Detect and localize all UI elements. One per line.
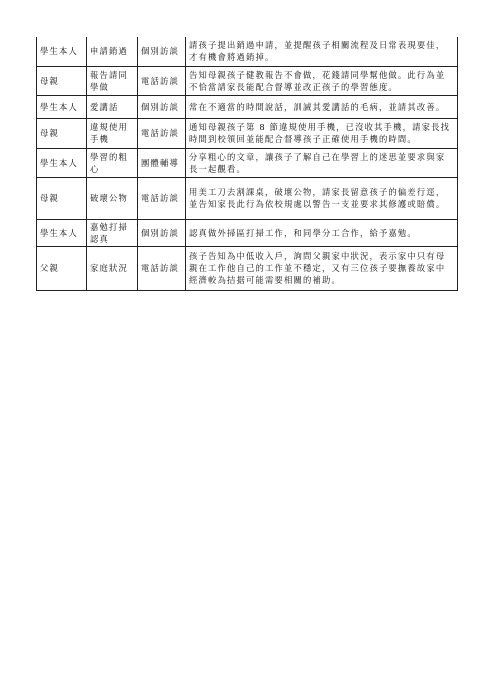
content-cell: 通知母親孩子第 8 節違規使用手機，已沒收其手機，請家長找時間到校領回並能配合督… <box>186 118 458 148</box>
method-cell: 電話訪談 <box>138 118 186 148</box>
topic-cell: 愛講話 <box>87 95 138 118</box>
table-row: 學生本人嘉勉打掃認真個別訪談認真做外掃區打掃工作，和同學分工合作，給予嘉勉。 <box>37 219 458 246</box>
method-cell: 個別訪談 <box>138 95 186 118</box>
method-cell: 電話訪談 <box>138 246 186 290</box>
content-cell: 認真做外掃區打掃工作，和同學分工合作，給予嘉勉。 <box>186 219 458 246</box>
subject-cell: 母親 <box>37 177 87 219</box>
table-row: 學生本人學習的粗心團體輔導分享粗心的文章，讓孩子了解自己在學習上的迷思並要求與家… <box>37 148 458 177</box>
method-cell: 團體輔導 <box>138 148 186 177</box>
topic-cell: 破壞公物 <box>87 177 138 219</box>
method-cell: 電話訪談 <box>138 177 186 219</box>
subject-cell: 學生本人 <box>37 95 87 118</box>
content-cell: 孩子告知為中低收入戶，詢問父親家中狀況，表示家中只有母親在工作他自己的工作並不穩… <box>186 246 458 290</box>
topic-cell: 學習的粗心 <box>87 148 138 177</box>
method-cell: 電話訪談 <box>138 66 186 95</box>
content-cell: 用美工刀去割課桌，破壞公物，請家長留意孩子的偏差行逕，並告知家長此行為依校規處以… <box>186 177 458 219</box>
topic-cell: 違規使用手機 <box>87 118 138 148</box>
table-row: 母親破壞公物電話訪談用美工刀去割課桌，破壞公物，請家長留意孩子的偏差行逕，並告知… <box>37 177 458 219</box>
table-row: 母親報告請同學做電話訪談告知母親孩子健教報告不會做，花錢請同學幫他做。此行為並不… <box>37 66 458 95</box>
counseling-record-table: 學生本人申請銷過個別訪談請孩子提出銷過申請，並提醒孩子相關流程及日常表現要佳，才… <box>36 37 458 291</box>
content-cell: 請孩子提出銷過申請，並提醒孩子相關流程及日常表現要佳，才有機會將過銷掉。 <box>186 37 458 66</box>
topic-cell: 報告請同學做 <box>87 66 138 95</box>
content-cell: 告知母親孩子健教報告不會做，花錢請同學幫他做。此行為並不恰當請家長能配合督導並改… <box>186 66 458 95</box>
subject-cell: 學生本人 <box>37 219 87 246</box>
content-cell: 分享粗心的文章，讓孩子了解自己在學習上的迷思並要求與家長一起觀看。 <box>186 148 458 177</box>
method-cell: 個別訪談 <box>138 219 186 246</box>
topic-cell: 家庭狀況 <box>87 246 138 290</box>
subject-cell: 父親 <box>37 246 87 290</box>
subject-cell: 母親 <box>37 118 87 148</box>
method-cell: 個別訪談 <box>138 37 186 66</box>
topic-cell: 申請銷過 <box>87 37 138 66</box>
table-row: 父親家庭狀況電話訪談孩子告知為中低收入戶，詢問父親家中狀況，表示家中只有母親在工… <box>37 246 458 290</box>
topic-cell: 嘉勉打掃認真 <box>87 219 138 246</box>
subject-cell: 學生本人 <box>37 148 87 177</box>
table-row: 學生本人愛講話個別訪談常在不適當的時間說話，訓誡其愛講話的毛病，並請其改善。 <box>37 95 458 118</box>
content-cell: 常在不適當的時間說話，訓誡其愛講話的毛病，並請其改善。 <box>186 95 458 118</box>
table-row: 學生本人申請銷過個別訪談請孩子提出銷過申請，並提醒孩子相關流程及日常表現要佳，才… <box>37 37 458 66</box>
subject-cell: 學生本人 <box>37 37 87 66</box>
table-row: 母親違規使用手機電話訪談通知母親孩子第 8 節違規使用手機，已沒收其手機，請家長… <box>37 118 458 148</box>
subject-cell: 母親 <box>37 66 87 95</box>
document-page: 學生本人申請銷過個別訪談請孩子提出銷過申請，並提醒孩子相關流程及日常表現要佳，才… <box>0 0 492 698</box>
